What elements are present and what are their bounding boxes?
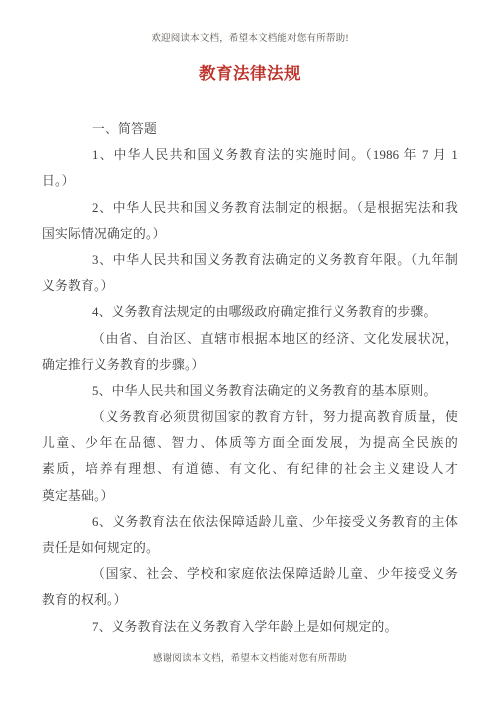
text-line: 责任是如何规定的。	[42, 535, 458, 561]
text-line: 5、中华人民共和国义务教育法确定的义务教育的基本原则。	[42, 378, 458, 404]
text-line: 国实际情况确定的。）	[42, 221, 458, 247]
text-line: 7、义务教育法在义务教育入学年龄上是如何规定的。	[42, 614, 458, 640]
text-line: （由省、自治区、直辖市根据本地区的经济、文化发展状况，	[42, 326, 458, 352]
document-title: 教育法律法规	[0, 63, 500, 84]
text-line: 日。）	[42, 168, 458, 194]
text-line: 2、中华人民共和国义务教育法制定的根据。（是根据宪法和我	[42, 195, 458, 221]
text-line: 一、简答题	[42, 116, 458, 142]
footer-note: 感谢阅读本文档，希望本文档能对您有所帮助	[0, 653, 500, 665]
document-body: 一、简答题1、中华人民共和国义务教育法的实施时间。（1986 年 7 月 1日。…	[42, 116, 458, 640]
text-line: 奠定基础。）	[42, 483, 458, 509]
text-line: 儿童、少年在品德、智力、体质等方面全面发展，为提高全民族的	[42, 430, 458, 456]
text-line: 教育的权利。）	[42, 587, 458, 613]
text-line: 3、中华人民共和国义务教育法确定的义务教育年限。（九年制	[42, 247, 458, 273]
text-line: 确定推行义务教育的步骤。）	[42, 352, 458, 378]
text-line: 1、中华人民共和国义务教育法的实施时间。（1986 年 7 月 1	[42, 142, 458, 168]
text-line: 4、义务教育法规定的由哪级政府确定推行义务教育的步骤。	[42, 299, 458, 325]
document-page: 欢迎阅读本文档，希望本文档能对您有所帮助! 教育法律法规 一、简答题1、中华人民…	[0, 0, 500, 707]
text-line: 6、义务教育法在依法保障适龄儿童、少年接受义务教育的主体	[42, 509, 458, 535]
text-line: （国家、社会、学校和家庭依法保障适龄儿童、少年接受义务	[42, 561, 458, 587]
header-note: 欢迎阅读本文档，希望本文档能对您有所帮助!	[0, 33, 500, 45]
text-line: 素质，培养有理想、有道德、有文化、有纪律的社会主义建设人才	[42, 456, 458, 482]
text-line: 义务教育。）	[42, 273, 458, 299]
text-line: （义务教育必须贯彻国家的教育方针，努力提高教育质量，使	[42, 404, 458, 430]
